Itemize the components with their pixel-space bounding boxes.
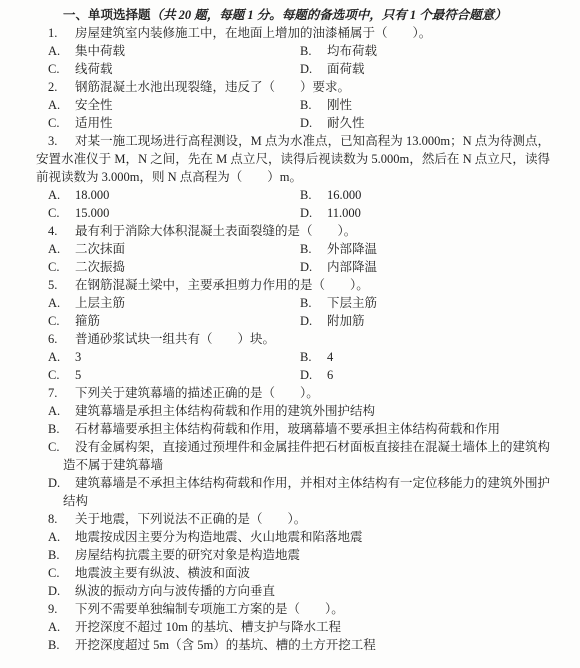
option-label: D. (48, 474, 75, 492)
section-title: 一、单项选择题 (63, 8, 151, 22)
option-text: 建筑幕墙是承担主体结构荷载和作用的建筑外围护结构 (75, 404, 375, 418)
option-a: A.3 (48, 348, 300, 366)
question-text: 下列不需要单独编制专项施工方案的是（ ）。 (75, 602, 344, 616)
option-text: 石材幕墙要承担主体结构荷载和作用，玻璃幕墙不要承担主体结构荷载和作用 (75, 422, 500, 436)
question-number: 3. (48, 132, 75, 150)
option-b: B.石材幕墙要承担主体结构荷载和作用，玻璃幕墙不要承担主体结构荷载和作用 (63, 420, 550, 438)
section-heading: 一、单项选择题（共 20 题，每题 1 分。每题的备选项中，只有 1 个最符合题… (36, 6, 550, 24)
option-d: D.附加筋 (300, 312, 550, 330)
question-number: 7. (48, 384, 75, 402)
option-label: A. (48, 42, 75, 60)
option-d: D.内部降温 (300, 258, 550, 276)
option-label: C. (48, 312, 75, 330)
option-text: 地震波主要有纵波、横波和面波 (75, 566, 250, 580)
option-row: A.安全性B.刚性 (48, 96, 550, 114)
option-text: 线荷载 (75, 62, 113, 76)
question-stem: 5.在钢筋混凝土梁中，主要承担剪力作用的是（ ）。 (36, 276, 550, 294)
question-stem: 1.房屋建筑室内装修施工中，在地面上增加的油漆桶属于（ ）。 (36, 24, 550, 42)
question-stem: 6.普通砂浆试块一组共有（ ）块。 (36, 330, 550, 348)
option-text: 外部降温 (327, 242, 377, 256)
question-text: 最有利于消除大体积混凝土表面裂缝的是（ ）。 (75, 224, 356, 238)
option-text: 刚性 (327, 98, 352, 112)
option-b: B.下层主筋 (300, 294, 550, 312)
question-stem: 9.下列不需要单独编制专项施工方案的是（ ）。 (36, 600, 550, 618)
option-label: B. (300, 96, 327, 114)
option-row: A.二次抹面B.外部降温 (48, 240, 550, 258)
option-text: 附加筋 (327, 314, 365, 328)
option-row: A.18.000B.16.000 (48, 186, 550, 204)
option-b: B.4 (300, 348, 550, 366)
option-label: A. (48, 402, 75, 420)
option-text: 纵波的振动方向与波传播的方向垂直 (75, 584, 275, 598)
option-label: A. (48, 240, 75, 258)
option-a: A.安全性 (48, 96, 300, 114)
option-c: C.5 (48, 366, 300, 384)
option-label: A. (48, 528, 75, 546)
option-text: 4 (327, 350, 333, 364)
question-1: 1.房屋建筑室内装修施工中，在地面上增加的油漆桶属于（ ）。A.集中荷载B.均布… (36, 24, 550, 78)
question-stem: 7.下列关于建筑幕墙的描述正确的是（ ）。 (36, 384, 550, 402)
option-d: D.6 (300, 366, 550, 384)
question-text: 在钢筋混凝土梁中，主要承担剪力作用的是（ ）。 (75, 278, 369, 292)
option-label: D. (300, 366, 327, 384)
section-note: （共 20 题，每题 1 分。每题的备选项中，只有 1 个最符合题意） (151, 8, 507, 22)
question-text: 普通砂浆试块一组共有（ ）块。 (75, 332, 275, 346)
question-stem: 4.最有利于消除大体积混凝土表面裂缝的是（ ）。 (36, 222, 550, 240)
question-number: 9. (48, 600, 75, 618)
option-c: C.15.000 (48, 204, 300, 222)
option-text: 没有金属构架，直接通过预埋件和金属挂件把石材面板直接挂在混凝土墙体上的建筑构造不… (63, 440, 550, 472)
option-label: C. (48, 114, 75, 132)
option-label: B. (300, 186, 327, 204)
option-row: C.15.000D.11.000 (48, 204, 550, 222)
option-b: B.开挖深度超过 5m（含 5m）的基坑、槽的土方开挖工程 (63, 636, 550, 654)
option-label: B. (48, 420, 75, 438)
option-text: 安全性 (75, 98, 113, 112)
question-stem: 2.钢筋混凝土水池出现裂缝，违反了（ ）要求。 (36, 78, 550, 96)
option-b: B.16.000 (300, 186, 550, 204)
option-row: C.线荷载D.面荷载 (48, 60, 550, 78)
option-c: C.地震波主要有纵波、横波和面波 (63, 564, 550, 582)
option-text: 集中荷载 (75, 44, 125, 58)
option-a: A.18.000 (48, 186, 300, 204)
question-text: 房屋建筑室内装修施工中，在地面上增加的油漆桶属于（ ）。 (75, 26, 431, 40)
option-label: A. (48, 96, 75, 114)
option-text: 5 (75, 368, 81, 382)
option-a: A.地震按成因主要分为构造地震、火山地震和陷落地震 (63, 528, 550, 546)
option-label: D. (300, 114, 327, 132)
option-text: 耐久性 (327, 116, 365, 130)
option-label: B. (48, 546, 75, 564)
option-b: B.外部降温 (300, 240, 550, 258)
option-label: B. (300, 294, 327, 312)
option-text: 开挖深度不超过 10m 的基坑、槽支护与降水工程 (75, 620, 341, 634)
option-text: 11.000 (327, 206, 361, 220)
question-9: 9.下列不需要单独编制专项施工方案的是（ ）。A.开挖深度不超过 10m 的基坑… (36, 600, 550, 654)
option-label: B. (48, 636, 75, 654)
option-b: B.刚性 (300, 96, 550, 114)
option-row: C.适用性D.耐久性 (48, 114, 550, 132)
option-c: C.适用性 (48, 114, 300, 132)
option-d: D.纵波的振动方向与波传播的方向垂直 (63, 582, 550, 600)
option-b: B.房屋结构抗震主要的研究对象是构造地震 (63, 546, 550, 564)
option-text: 适用性 (75, 116, 113, 130)
question-number: 8. (48, 510, 75, 528)
option-label: D. (300, 258, 327, 276)
question-5: 5.在钢筋混凝土梁中，主要承担剪力作用的是（ ）。A.上层主筋B.下层主筋C.箍… (36, 276, 550, 330)
option-label: D. (300, 312, 327, 330)
option-text: 地震按成因主要分为构造地震、火山地震和陷落地震 (75, 530, 363, 544)
option-a: A.上层主筋 (48, 294, 300, 312)
option-label: B. (300, 240, 327, 258)
option-label: B. (300, 348, 327, 366)
option-label: B. (300, 42, 327, 60)
option-c: C.没有金属构架，直接通过预埋件和金属挂件把石材面板直接挂在混凝土墙体上的建筑构… (63, 438, 550, 474)
question-number: 4. (48, 222, 75, 240)
question-2: 2.钢筋混凝土水池出现裂缝，违反了（ ）要求。A.安全性B.刚性C.适用性D.耐… (36, 78, 550, 132)
option-text: 上层主筋 (75, 296, 125, 310)
question-text: 对某一施工现场进行高程测设，M 点为水准点，已知高程为 13.000m；N 点为… (36, 134, 550, 184)
question-6: 6.普通砂浆试块一组共有（ ）块。A.3B.4C.5D.6 (36, 330, 550, 384)
question-number: 2. (48, 78, 75, 96)
option-label: C. (48, 258, 75, 276)
option-text: 房屋结构抗震主要的研究对象是构造地震 (75, 548, 300, 562)
option-text: 18.000 (75, 188, 109, 202)
option-label: C. (48, 564, 75, 582)
option-row: A.上层主筋B.下层主筋 (48, 294, 550, 312)
option-row: A.3B.4 (48, 348, 550, 366)
option-label: C. (48, 204, 75, 222)
question-4: 4.最有利于消除大体积混凝土表面裂缝的是（ ）。A.二次抹面B.外部降温C.二次… (36, 222, 550, 276)
option-label: C. (48, 366, 75, 384)
option-a: A.集中荷载 (48, 42, 300, 60)
option-text: 15.000 (75, 206, 109, 220)
option-label: D. (300, 204, 327, 222)
option-label: D. (48, 582, 75, 600)
option-label: C. (48, 60, 75, 78)
exam-paper-page: 一、单项选择题（共 20 题，每题 1 分。每题的备选项中，只有 1 个最符合题… (0, 0, 580, 668)
option-text: 6 (327, 368, 333, 382)
question-stem: 3.对某一施工现场进行高程测设，M 点为水准点，已知高程为 13.000m；N … (36, 132, 550, 186)
question-text: 钢筋混凝土水池出现裂缝，违反了（ ）要求。 (75, 80, 350, 94)
option-text: 3 (75, 350, 81, 364)
option-label: C. (48, 438, 75, 456)
option-text: 均布荷载 (327, 44, 377, 58)
question-number: 5. (48, 276, 75, 294)
question-sheet: 一、单项选择题（共 20 题，每题 1 分。每题的备选项中，只有 1 个最符合题… (0, 0, 580, 654)
option-row: C.5D.6 (48, 366, 550, 384)
question-3: 3.对某一施工现场进行高程测设，M 点为水准点，已知高程为 13.000m；N … (36, 132, 550, 222)
option-text: 二次抹面 (75, 242, 125, 256)
option-d: D.耐久性 (300, 114, 550, 132)
option-a: A.开挖深度不超过 10m 的基坑、槽支护与降水工程 (63, 618, 550, 636)
option-label: A. (48, 294, 75, 312)
option-d: D.建筑幕墙是不承担主体结构荷载和作用，并相对主体结构有一定位移能力的建筑外围护… (63, 474, 550, 510)
option-d: D.11.000 (300, 204, 550, 222)
option-text: 面荷载 (327, 62, 365, 76)
option-a: A.建筑幕墙是承担主体结构荷载和作用的建筑外围护结构 (63, 402, 550, 420)
option-row: C.二次振捣D.内部降温 (48, 258, 550, 276)
option-text: 内部降温 (327, 260, 377, 274)
option-row: C.箍筋D.附加筋 (48, 312, 550, 330)
question-text: 下列关于建筑幕墙的描述正确的是（ ）。 (75, 386, 319, 400)
option-label: A. (48, 348, 75, 366)
question-stem: 8.关于地震，下列说法不正确的是（ ）。 (36, 510, 550, 528)
option-label: D. (300, 60, 327, 78)
option-b: B.均布荷载 (300, 42, 550, 60)
option-text: 开挖深度超过 5m（含 5m）的基坑、槽的土方开挖工程 (75, 638, 376, 652)
option-c: C.箍筋 (48, 312, 300, 330)
question-number: 6. (48, 330, 75, 348)
option-c: C.二次振捣 (48, 258, 300, 276)
option-text: 下层主筋 (327, 296, 377, 310)
option-text: 16.000 (327, 188, 361, 202)
question-8: 8.关于地震，下列说法不正确的是（ ）。A.地震按成因主要分为构造地震、火山地震… (36, 510, 550, 600)
option-label: A. (48, 186, 75, 204)
option-c: C.线荷载 (48, 60, 300, 78)
question-number: 1. (48, 24, 75, 42)
question-text: 关于地震，下列说法不正确的是（ ）。 (75, 512, 306, 526)
option-text: 建筑幕墙是不承担主体结构荷载和作用，并相对主体结构有一定位移能力的建筑外围护结构 (63, 476, 550, 508)
option-text: 二次振捣 (75, 260, 125, 274)
option-text: 箍筋 (75, 314, 100, 328)
option-a: A.二次抹面 (48, 240, 300, 258)
option-label: A. (48, 618, 75, 636)
question-7: 7.下列关于建筑幕墙的描述正确的是（ ）。A.建筑幕墙是承担主体结构荷载和作用的… (36, 384, 550, 510)
question-list: 1.房屋建筑室内装修施工中，在地面上增加的油漆桶属于（ ）。A.集中荷载B.均布… (36, 24, 550, 654)
option-row: A.集中荷载B.均布荷载 (48, 42, 550, 60)
option-d: D.面荷载 (300, 60, 550, 78)
